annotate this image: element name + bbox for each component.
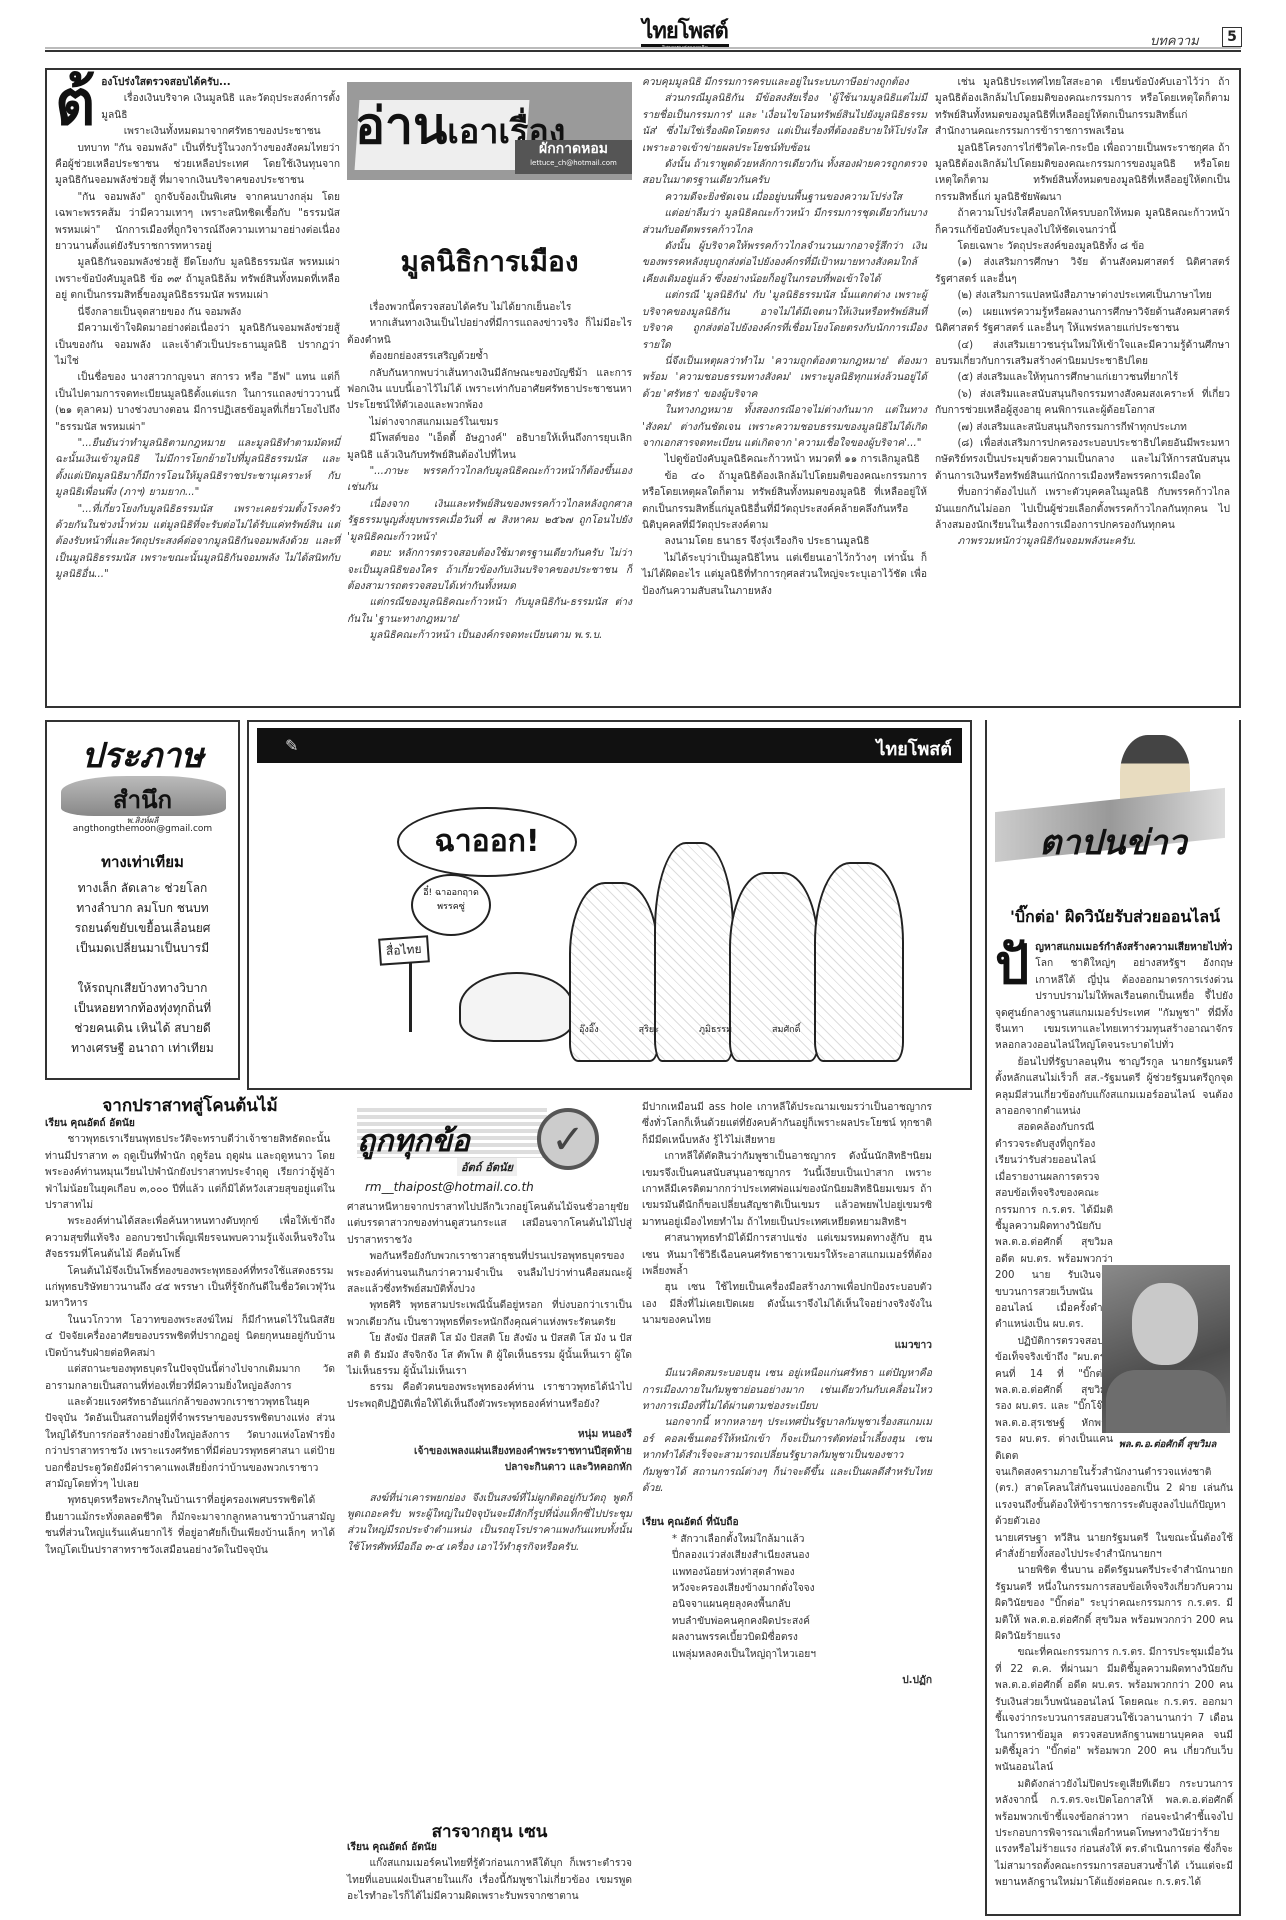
article-col-2: เรื่องพวกนี้ตรวจสอบได้ครับ ไม่ได้ยากเย็น… (347, 300, 632, 645)
column-banner: อ่านเอาเรื่อง ผักกาดหอม lettuce_ch@hotma… (347, 82, 632, 180)
thought-bubble: อี๋! ฉาออกฤาด พรรคซู่ (411, 874, 491, 936)
toilet-figure (459, 972, 574, 1042)
cartoon-brand: ไทยโพสต์ (876, 734, 952, 763)
sign-post (409, 962, 412, 1032)
poem-stanza-2: ให้รถบุกเสียบ้างทางวิบาก เป็นหอยทากท้องท… (47, 978, 238, 1058)
sign-board: สื่อไทย (378, 935, 429, 965)
person-photo (1102, 1265, 1230, 1433)
letter1-col-b: ศาสนาหนีหายจากปราสาทไปปลีกวิเวกอยู่โคนต้… (347, 1200, 632, 1556)
letter3-poem: * สักวาเลือกตั้งใหม่ใกล้มาแล้ว ปี่กลองแว… (642, 1532, 932, 1663)
news-title-graphic: ตาปนข่าว (985, 815, 1241, 869)
editorial-cartoon: ✎ ไทยโพสต์ ฉาออก! อี๋! ฉาออกฤาด พรรคซู่ … (247, 720, 972, 1090)
photo-head (1132, 1283, 1198, 1365)
speech-bubble: ฉาออก! (397, 807, 577, 877)
news-dropcap: ปั (995, 940, 1029, 990)
letter3-signature: ป.ปฏัก (642, 1673, 932, 1689)
article-col-4: เช่น มูลนิธิประเทศไทยใสสะอาด เขียนข้อบัง… (935, 75, 1230, 551)
letters-column-logo: ถูกทุกข้อ ✓ อัตถ์ อัตนัย (347, 1100, 632, 1180)
masthead-rule (45, 47, 1241, 52)
letter1-col-a: เรียน คุณอัตถ์ อัตนัย ชาวพุทธเราเรียนพุท… (45, 1116, 335, 1559)
poem-stanza-1: ทางเล็ก ลัดเลาะ ช่วยโลก ทางลำบาก ลมโบก ช… (47, 878, 238, 958)
article-col-1: ต้ องโปร่งใสตรวจสอบได้ครับ... เรื่องเงิน… (55, 75, 340, 584)
dropcap: ต้ (55, 75, 95, 131)
poem-logo-top: ประภาษ (47, 728, 238, 782)
cartoon-labels: อุ๊งอิ๊ง สุริยะ ภูมิธรรม สมศักดิ์ (579, 1022, 800, 1036)
article-col-3: ควบคุมมูลนิธิ มีกรรมการครบและอยู่ในระบบภ… (642, 75, 927, 600)
checkmark-icon: ✓ (537, 1108, 599, 1170)
crowd-figure-4 (814, 862, 904, 1062)
letter1-title: จากปราสาทสู่โคนต้นไม้ (45, 1092, 335, 1119)
article-lead: องโปร่งใสตรวจสอบได้ครับ... (101, 77, 230, 88)
letter1-signature: หนุ่ม หนองรี เจ้าของเพลงแผ่นเสียงทองคำพร… (347, 1427, 632, 1476)
letter2-signature: แมวขาว (642, 1338, 932, 1354)
photo-uniform (1106, 1370, 1226, 1433)
photo-caption: พล.ต.อ.ต่อศักดิ์ สุขวิมล (1100, 1437, 1235, 1452)
author-email: lettuce_ch@hotmail.com (515, 158, 632, 168)
letter2-continued: มีปากเหมือนมี ass hole เกาหลีใต้ประณามเข… (642, 1100, 932, 1689)
letters-column-email: rm__thaipost@hotmail.co.th (365, 1180, 534, 1194)
news-headline: 'บิ๊กต่อ' ผิดวินัยรับส่วยออนไลน์ (995, 905, 1235, 930)
letter2-start: เรียน คุณอัตถ์ อัตนัย แก๊งสแกมเมอร์คนไทย… (347, 1840, 632, 1906)
cartoon-header-bar: ✎ ไทยโพสต์ (257, 728, 962, 763)
poem-email: angthongthemoon@gmail.com (47, 824, 238, 834)
page-number: 5 (1222, 27, 1242, 47)
column-author: ผักกาดหอม (515, 140, 632, 158)
cartoonist-mark-icon: ✎ (285, 736, 298, 755)
poem-column: ประภาษ สำนึก พ.สิงห์ผลี angthongthemoon@… (45, 720, 240, 1080)
article-headline: มูลนิธิการเมือง (347, 240, 632, 284)
poem-title: ทางเท่าเทียม (47, 850, 238, 874)
